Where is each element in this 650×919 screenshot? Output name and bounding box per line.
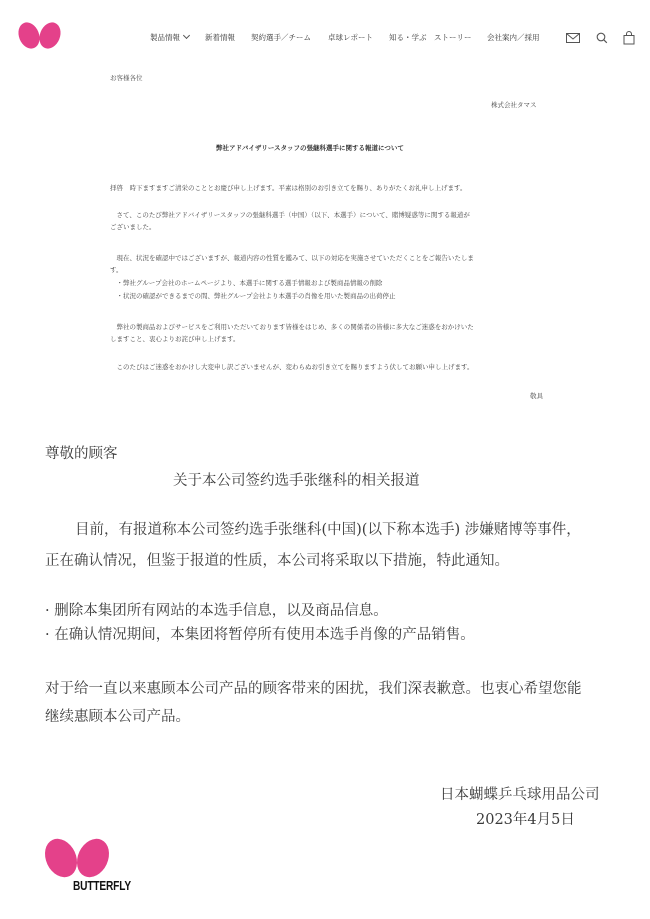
chevron-down-icon: [183, 32, 190, 39]
cn-paragraph-line: 正在确认情况，但鉴于报道的性质，本公司将采取以下措施，特此通知。: [45, 552, 509, 570]
logo-right-wing: [36, 19, 65, 52]
nav-item-company[interactable]: 会社案内／採用: [487, 31, 540, 45]
jp-bullet: ・状況の確認ができるまでの間、弊社グループ会社より本選手の肖像を用いた製商品の出…: [110, 292, 395, 301]
nav-item-report[interactable]: 卓球レポート: [328, 31, 373, 45]
cn-paragraph-line: 对于给一直以来惠顾本公司产品的顾客带来的困扰，我们深表歉意。也衷心希望您能: [45, 680, 582, 698]
cn-signature: 日本蝴蝶乒乓球用品公司: [440, 786, 600, 804]
cn-salutation: 尊敬的顾客: [45, 445, 118, 463]
cn-bullet: · 删除本集团所有网站的本选手信息，以及商品信息。: [45, 602, 388, 620]
nav-item-players[interactable]: 契約選手／チーム: [251, 31, 311, 45]
site-header: 製品情報 新着情報 契約選手／チーム 卓球レポート 知る・学ぶ ストーリー 会社…: [0, 0, 650, 70]
jp-line: す。: [110, 266, 122, 275]
cn-paragraph-line: 继续惠顾本公司产品。: [45, 708, 190, 726]
nav-item-story[interactable]: ストーリー: [434, 31, 472, 45]
nav-item-products[interactable]: 製品情報: [150, 31, 189, 45]
logo-right-wing: [71, 834, 115, 883]
jp-closing: 敬具: [530, 392, 543, 401]
nav-item-learn[interactable]: 知る・学ぶ: [389, 31, 427, 45]
butterfly-logo[interactable]: [18, 22, 62, 50]
butterfly-wings-icon: [44, 838, 110, 878]
jp-line: 弊社の製商品およびサービスをご利用いただいております皆様をはじめ、多くの関係者の…: [110, 323, 474, 332]
jp-salutation: お客様各位: [110, 74, 143, 83]
jp-line: このたびはご迷惑をおかけし大変申し訳ございませんが、変わらぬお引き立てを賜ります…: [110, 363, 473, 372]
cn-date: 2023年4月5日: [476, 811, 575, 829]
logo-wordmark: BUTTERFLY: [73, 878, 131, 893]
search-icon[interactable]: [594, 30, 610, 46]
mail-icon[interactable]: [565, 30, 581, 46]
jp-line: 拝啓 時下ますますご清栄のこととお慶び申し上げます。平素は格別のお引き立てを賜り…: [110, 184, 466, 193]
jp-bullet: ・弊社グループ会社のホームページより、本選手に関する選手情報および製商品情報の削…: [110, 279, 382, 288]
nav-label: 製品情報: [150, 33, 180, 42]
japanese-notice: お客様各位 株式会社タマス 弊社アドバイザリースタッフの張継科選手に関する報道に…: [0, 70, 650, 415]
cn-title: 关于本公司签约选手张继科的相关报道: [173, 472, 420, 490]
jp-line: ございました。: [110, 223, 156, 232]
jp-line: 現在、状況を確認中ではございますが、報道内容の性質を鑑みて、以下の対応を実施させ…: [110, 254, 474, 263]
nav-item-news[interactable]: 新着情報: [205, 31, 235, 45]
jp-title: 弊社アドバイザリースタッフの張継科選手に関する報道について: [216, 144, 404, 153]
cart-bag-icon[interactable]: [621, 30, 637, 46]
cn-paragraph-line: 目前，有报道称本公司签约选手张继科(中国)(以下称本选手) 涉嫌赌博等事件，: [75, 521, 581, 539]
jp-company: 株式会社タマス: [491, 101, 537, 110]
jp-line: しますこと、衷心よりお詫び申し上げます。: [110, 335, 239, 344]
jp-line: さて、このたび弊社アドバイザリースタッフの張継科選手（中国）（以下、本選手）につ…: [110, 211, 470, 220]
cn-bullet: · 在确认情况期间，本集团将暂停所有使用本选手肖像的产品销售。: [45, 626, 475, 644]
butterfly-footer-logo: BUTTERFLY: [40, 838, 140, 898]
